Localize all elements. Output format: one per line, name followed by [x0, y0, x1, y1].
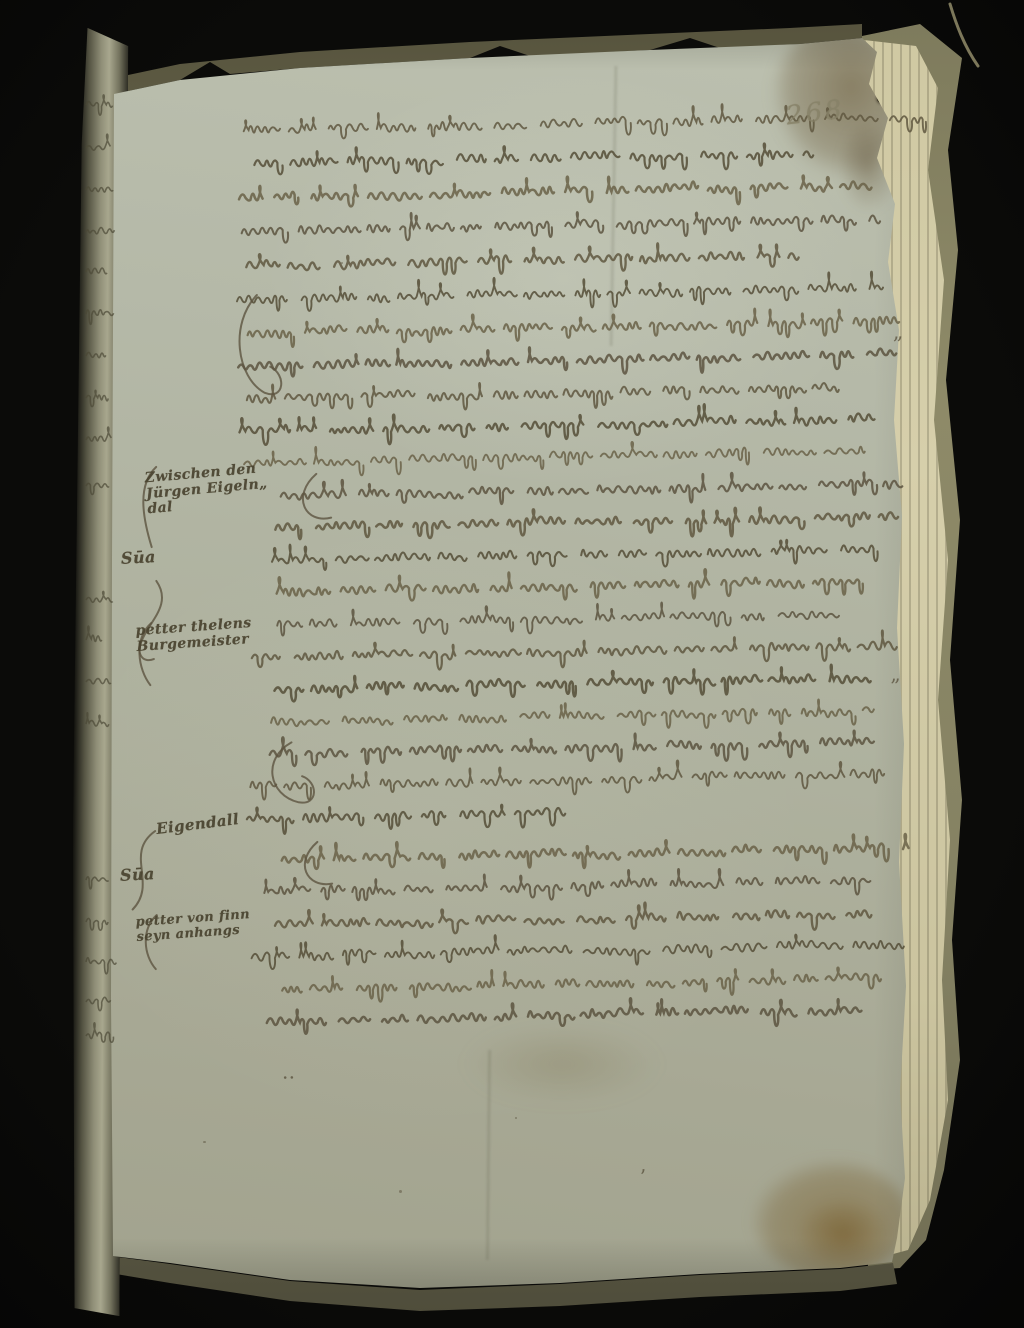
marginal-note-summa-2: Sūa — [120, 865, 156, 885]
marginal-note-line: Sūa — [120, 865, 156, 885]
manuscript-page — [0, 0, 1024, 1328]
manuscript-photo: „„‥’ 268 Zwischen denJürgen Eigeln„dalSū… — [0, 0, 1024, 1328]
crease-top — [610, 66, 618, 346]
foxing-speck — [515, 1117, 517, 1119]
stain-bottom-right-core — [796, 1198, 892, 1272]
stain-bottom-right — [752, 1160, 910, 1278]
stain-bottom-center — [462, 1024, 662, 1104]
page-shading — [0, 0, 1024, 1328]
foxing-speck — [203, 1141, 206, 1143]
marginal-note-summa-1: Sūa — [121, 548, 157, 568]
foxing-speck — [341, 262, 343, 264]
crease-bottom — [486, 1050, 491, 1260]
foxing-speck — [399, 1190, 402, 1193]
marginal-note-line: Sūa — [121, 548, 157, 568]
